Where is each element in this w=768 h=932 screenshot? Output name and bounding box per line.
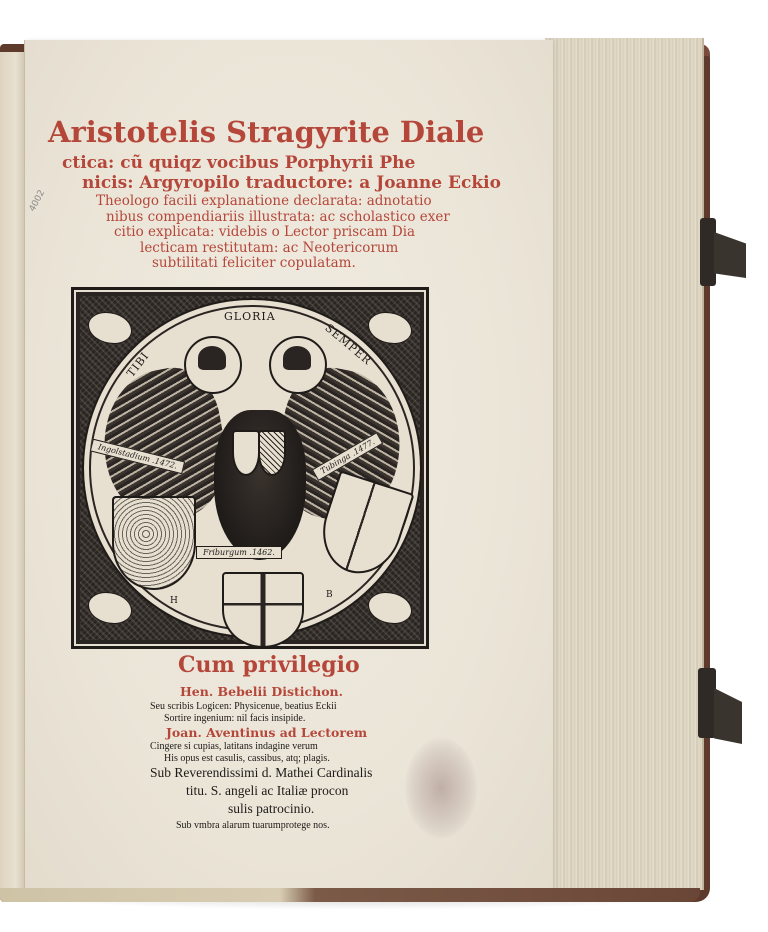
title-line-5: nibus compendiariis illustrata: ac schol… — [40, 211, 460, 225]
title-line-4: Theologo facili explanatione declarata: … — [40, 195, 460, 209]
monogram-b: B — [326, 590, 333, 600]
page-block-edge — [545, 38, 704, 890]
title-line-8: subtilitati feliciter copulatam. — [40, 257, 460, 271]
upper-clasp — [700, 218, 716, 286]
title-line-2: ctica: cũ quiqz vocibus Porphyrii Phe — [40, 155, 460, 172]
central-shield-left — [232, 430, 260, 476]
bebel-distich-heading: Hen. Bebelii Distichon. — [180, 684, 343, 699]
banner-freiburg: Friburgum .1462. — [196, 546, 282, 559]
distich-line-1: Seu scribis Logicen: Physicenue, beatius… — [150, 701, 337, 712]
book-photo: 4002 Aristotelis Stragyrite Diale ctica:… — [0, 0, 768, 932]
left-page-edge — [0, 52, 27, 892]
title-line-6: citio explicata: videbis o Lector prisca… — [40, 226, 460, 240]
title-line-3: nicis: Argyropilo traductore: a Joanne E… — [40, 175, 460, 192]
dedication-line-2: titu. S. angeli ac Italiæ procon — [186, 783, 348, 799]
aventinus-line-1: Cingere si cupias, latitans indagine ver… — [150, 741, 318, 752]
binding-bottom-edge — [0, 888, 700, 902]
title-line-7: lecticam restitutam: ac Neotericorum — [40, 242, 460, 256]
dedication-line-1: Sub Reverendissimi d. Mathei Cardinalis — [150, 765, 372, 781]
dedication-line-3: sulis patrocinio. — [228, 801, 314, 817]
title-block: Aristotelis Stragyrite Diale ctica: cũ q… — [40, 118, 460, 271]
monogram-h: H — [170, 596, 178, 606]
coat-of-arms-cross — [222, 572, 304, 648]
upper-clasp-tab — [714, 232, 746, 278]
crowned-head-left-icon — [184, 336, 242, 394]
lower-clasp-tab — [714, 688, 742, 744]
crowned-head-right-icon — [269, 336, 327, 394]
roundel: TIBI GLORIA SEMPER Ingolstadium .1472. T… — [82, 298, 422, 638]
lower-clasp — [698, 668, 716, 738]
aventinus-heading: Joan. Aventinus ad Lectorem — [166, 725, 367, 740]
motto-gloria: GLORIA — [224, 310, 276, 323]
central-shield-right — [258, 430, 286, 476]
closing-line: Sub vmbra alarum tuarumprotege nos. — [176, 820, 330, 831]
aventinus-line-2: His opus est casulis, cassibus, atq; pla… — [164, 753, 330, 764]
woodcut-illustration: TIBI GLORIA SEMPER Ingolstadium .1472. T… — [71, 287, 429, 649]
coat-of-arms-lion — [112, 496, 196, 590]
water-stain — [405, 738, 477, 838]
privilege-heading: Cum privilegio — [178, 652, 360, 678]
title-line-1: Aristotelis Stragyrite Diale — [40, 118, 460, 147]
distich-line-2: Sortire ingenium: nil facis insipide. — [164, 713, 305, 724]
